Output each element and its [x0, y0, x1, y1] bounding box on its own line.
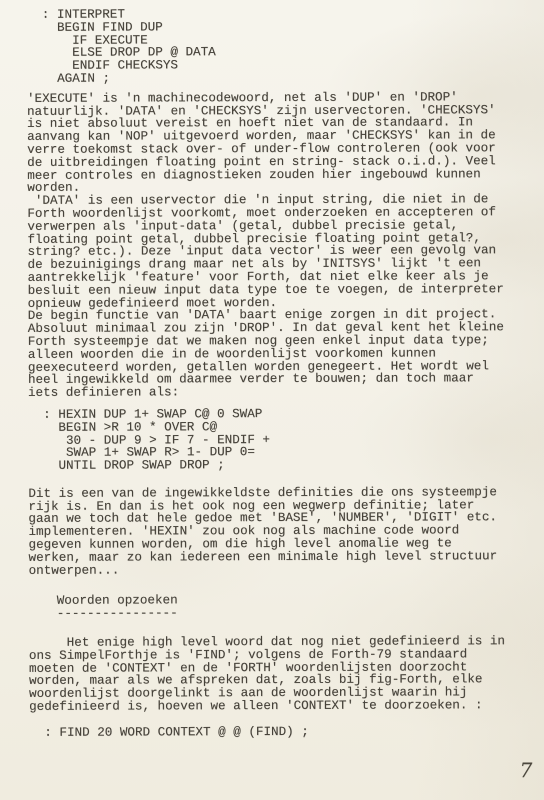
forth-code-interpret: : INTERPRET BEGIN FIND DUP IF EXECUTE EL… — [27, 7, 543, 86]
paragraph-het-enige-woord: Het enige high level woord dat nog niet … — [29, 635, 544, 714]
forth-code-hexin: : HEXIN DUP 1+ SWAP C@ 0 SWAP BEGIN >R 1… — [28, 407, 544, 473]
paragraph-execute: 'EXECUTE' is 'n machinecodewoord, net al… — [27, 91, 543, 195]
section-heading-woorden-opzoeken: Woorden opzoeken ---------------- — [57, 594, 544, 621]
section-heading-underline: ---------------- — [57, 606, 544, 621]
page-number: 7 — [520, 759, 533, 781]
paragraph-begin-functie: De begin functie van 'DATA' baart enige … — [28, 308, 544, 399]
paragraph-ingewikkeldste-definitie: Dit is een van de ingewikkeldste definit… — [28, 486, 544, 577]
scanned-page: : INTERPRET BEGIN FIND DUP IF EXECUTE EL… — [0, 0, 544, 800]
paragraph-data-uservector: 'DATA' is een uservector die 'n input st… — [27, 193, 543, 310]
forth-code-find: : FIND 20 WORD CONTEXT @ @ (FIND) ; — [29, 725, 544, 740]
